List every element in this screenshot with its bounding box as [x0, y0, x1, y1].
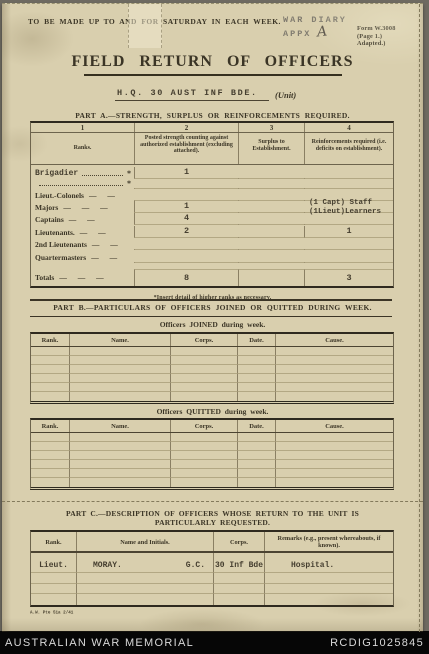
- header-posted-strength: Posted strength counting against authori…: [134, 133, 238, 164]
- scanned-document-page: TO BE MADE UP TO AND FOR SATURDAY IN EAC…: [0, 0, 429, 654]
- archive-footer-bar: AUSTRALIAN WAR MEMORIAL RCDIG1025845: [0, 631, 429, 654]
- vertical-perforation: [419, 4, 420, 632]
- reinforcements-value: 1: [304, 226, 393, 238]
- rank-label: Lieutenants.: [35, 228, 75, 237]
- form-title-wrap: FIELD RETURN OF OFFICERS: [2, 53, 423, 71]
- posted-value: 4: [134, 213, 238, 225]
- empty-row: [31, 594, 393, 605]
- row-totals: Totals — — — 8 3: [31, 270, 393, 286]
- rank-label: Majors: [35, 203, 58, 212]
- leader-line: [82, 174, 123, 176]
- archive-id: RCDIG1025845: [330, 637, 424, 649]
- dash-leader: — —: [64, 215, 131, 224]
- header-corps: Corps.: [213, 532, 264, 551]
- empty-row: [31, 442, 393, 451]
- totals-reinforcements: 3: [304, 270, 393, 286]
- empty-row: [31, 383, 393, 392]
- entry-corps: 30 Inf Bde: [213, 553, 264, 573]
- rank-label: Lieut.-Colonels: [35, 191, 84, 200]
- horizontal-perforation: [2, 501, 423, 502]
- title-underline: [84, 74, 342, 76]
- tape-mark: [128, 4, 162, 48]
- rank-label: Captains: [35, 215, 64, 224]
- col-num-4: 4: [304, 123, 393, 132]
- header-surplus: Surplus to Establishment.: [238, 133, 304, 164]
- row-spacer: [31, 263, 393, 270]
- dash-leader: — — —: [58, 203, 131, 212]
- row-brigadier: Brigadier * 1: [31, 165, 393, 179]
- header-rank: Rank.: [31, 420, 69, 432]
- header-rank: Rank.: [31, 532, 76, 551]
- leader-line: [39, 184, 123, 186]
- part-c-header-row: Rank. Name and Initials. Corps. Remarks …: [31, 532, 393, 553]
- handwritten-appendix-letter: A: [317, 26, 328, 39]
- officers-joined-table: Rank. Name. Corps. Date. Cause.: [30, 332, 394, 404]
- unit-value: H.Q. 30 AUST INF BDE.: [117, 88, 258, 98]
- quitted-header-row: Rank. Name. Corps. Date. Cause.: [31, 420, 393, 433]
- part-c-heading: PART C.—DESCRIPTION OF OFFICERS WHOSE RE…: [2, 509, 423, 527]
- col-num-2: 2: [134, 123, 238, 132]
- col-num-3: 3: [238, 123, 304, 132]
- typed-note-learners: (1Lieut)Learners: [309, 208, 429, 217]
- header-reinforcements: Reinforcements required (i.e. deficits o…: [304, 133, 393, 164]
- stamp-line-2: APPXA: [283, 26, 347, 40]
- row-quartermasters: Quartermasters — —: [31, 250, 393, 263]
- empty-row: [31, 460, 393, 469]
- rank-label: 2nd Lieutenants: [35, 240, 87, 249]
- empty-row: [31, 478, 393, 487]
- part-a-heading: PART A.—STRENGTH, SURPLUS OR REINFORCEME…: [2, 111, 423, 120]
- empty-row: [31, 451, 393, 460]
- officers-joined-title: Officers JOINED during week.: [2, 320, 423, 329]
- posted-value: 1: [134, 167, 238, 179]
- header-corps: Corps.: [170, 334, 237, 346]
- entry-rank: Lieut.: [31, 553, 76, 573]
- dash-leader: — —: [86, 253, 131, 262]
- entry-remarks: Hospital.: [264, 553, 393, 573]
- form-ref-line-3: Adapted.): [357, 40, 396, 48]
- part-a-table: 1 2 3 4 Ranks. Posted strength counting …: [30, 121, 394, 288]
- part-c-table: Rank. Name and Initials. Corps. Remarks …: [30, 530, 394, 607]
- empty-row: [31, 365, 393, 374]
- totals-posted: 8: [134, 270, 238, 286]
- stamp-line-1: WAR DIARY: [283, 14, 347, 26]
- reinforcements-value: [304, 178, 393, 179]
- rule-above-part-b: [30, 299, 392, 301]
- printer-imprint: A.W. Pte 51a 2/41: [30, 610, 73, 615]
- empty-row: [31, 374, 393, 383]
- dash-leader: — — —: [54, 273, 131, 282]
- dash-leader: — —: [75, 228, 131, 237]
- empty-row: [31, 573, 393, 584]
- surplus-value: [238, 178, 304, 179]
- header-corps: Corps.: [170, 420, 237, 432]
- empty-row: [31, 584, 393, 595]
- asterisk-mark: *: [127, 169, 131, 178]
- entry-initials: G.C.: [186, 553, 205, 572]
- entry-name: MORAY.: [93, 553, 122, 572]
- row-lieutenants: Lieutenants. — — 2 1: [31, 225, 393, 238]
- header-cause: Cause.: [275, 334, 393, 346]
- posted-value: 1: [134, 201, 238, 213]
- empty-row: [31, 392, 393, 401]
- officers-quitted-title: Officers QUITTED during week.: [2, 407, 423, 416]
- header-remarks: Remarks (e.g., present whereabouts, if k…: [264, 532, 393, 551]
- archive-name: AUSTRALIAN WAR MEMORIAL: [5, 637, 194, 649]
- header-date: Date.: [237, 334, 275, 346]
- typed-note-staff: (1 Capt) Staff: [309, 199, 429, 208]
- form-ref-line-2: (Page 1.): [357, 33, 396, 41]
- part-a-header-row: Ranks. Posted strength counting against …: [31, 133, 393, 165]
- col-num-1: 1: [31, 123, 134, 132]
- row-blank-higher-rank: *: [31, 179, 393, 189]
- rank-label: Brigadier: [35, 169, 78, 178]
- header-name: Name.: [69, 334, 170, 346]
- rank-label: Quartermasters: [35, 253, 86, 262]
- dash-leader: — —: [84, 191, 131, 200]
- header-rank: Rank.: [31, 334, 69, 346]
- header-ranks: Ranks.: [31, 133, 134, 164]
- unit-fill-rule: [115, 100, 269, 101]
- empty-row: [31, 469, 393, 478]
- form-ref-line-1: Form W.3008: [357, 25, 396, 33]
- row-2nd-lieutenants: 2nd Lieutenants — —: [31, 238, 393, 250]
- header-cause: Cause.: [275, 420, 393, 432]
- totals-label: Totals: [35, 273, 54, 282]
- header-date: Date.: [237, 420, 275, 432]
- asterisk-mark: *: [127, 179, 131, 188]
- header-name-initials: Name and Initials.: [76, 532, 213, 551]
- part-b-heading: PART B.—PARTICULARS OF OFFICERS JOINED O…: [2, 303, 423, 312]
- joined-header-row: Rank. Name. Corps. Date. Cause.: [31, 334, 393, 347]
- empty-row: [31, 356, 393, 365]
- rule-below-part-b: [30, 316, 392, 317]
- officers-quitted-table: Rank. Name. Corps. Date. Cause.: [30, 418, 394, 490]
- part-c-entry-row: Lieut. MORAY. G.C. 30 Inf Bde Hospital.: [31, 553, 393, 573]
- empty-row: [31, 347, 393, 356]
- empty-row: [31, 433, 393, 442]
- unit-label: (Unit): [275, 90, 296, 100]
- war-diary-stamp: WAR DIARY APPXA: [283, 14, 347, 40]
- column-number-row: 1 2 3 4: [31, 123, 393, 133]
- dash-leader: — —: [87, 240, 131, 249]
- header-name: Name.: [69, 420, 170, 432]
- form-paper: TO BE MADE UP TO AND FOR SATURDAY IN EAC…: [2, 3, 423, 632]
- posted-value: 2: [134, 226, 238, 238]
- form-title: FIELD RETURN OF OFFICERS: [72, 53, 354, 70]
- form-reference: Form W.3008 (Page 1.) Adapted.): [357, 25, 396, 48]
